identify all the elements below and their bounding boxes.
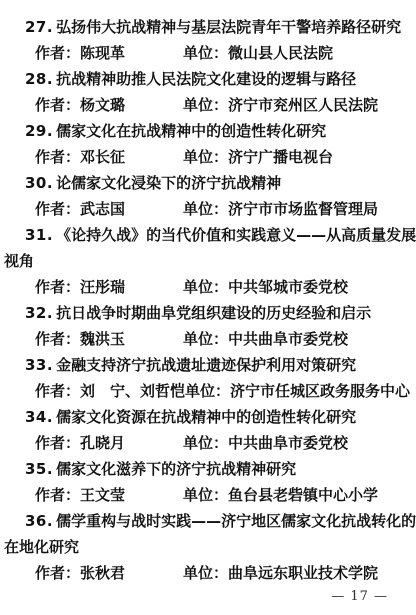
list-entry: 31.《论持久战》的当代价值和实践意义——从高质量发展 视角 作者：汪彤瑞 单位… <box>4 222 412 300</box>
entry-title-text: 儒学重构与战时实践——济宁地区儒家文化抗战转化的 <box>56 512 416 530</box>
entry-author-line: 作者：陈现革 单位：微山县人民法院 <box>4 40 412 66</box>
entry-author: 作者：陈现革 <box>35 40 183 66</box>
entry-title-text: 抗战精神助推人民法院文化建设的逻辑与路径 <box>56 70 356 88</box>
list-entry: 27.弘扬伟大抗战精神与基层法院青年干警培养路径研究 作者：陈现革 单位：微山县… <box>4 14 412 66</box>
document-page: 27.弘扬伟大抗战精神与基层法院青年干警培养路径研究 作者：陈现革 单位：微山县… <box>0 0 416 615</box>
unit-label: 单位： <box>183 278 228 296</box>
entry-number: 30. <box>25 174 53 192</box>
entry-title: 27.弘扬伟大抗战精神与基层法院青年干警培养路径研究 <box>4 14 412 40</box>
unit-name: 济宁市任城区政务服务中心 <box>230 382 410 400</box>
author-label: 作者： <box>35 434 80 452</box>
entry-unit: 单位：中共邹城市委党校 <box>183 274 348 300</box>
author-name: 刘 宁、刘哲恺 <box>80 382 185 400</box>
entry-number: 34. <box>25 408 53 426</box>
author-label: 作者： <box>35 96 80 114</box>
unit-name: 曲阜远东职业技术学院 <box>228 564 378 582</box>
list-entry: 33.金融支持济宁抗战遗址遗迹保护利用对策研究 作者：刘 宁、刘哲恺 单位：济宁… <box>4 352 412 404</box>
list-entry: 29.儒家文化在抗战精神中的创造性转化研究 作者：邓长征 单位：济宁广播电视台 <box>4 118 412 170</box>
entry-author: 作者：张秋君 <box>35 560 183 586</box>
author-name: 魏洪玉 <box>80 330 125 348</box>
entry-title: 34.儒家文化资源在抗战精神中的创造性转化研究 <box>4 404 412 430</box>
unit-name: 济宁市市场监督管理局 <box>228 200 378 218</box>
unit-label: 单位： <box>183 200 228 218</box>
entry-author-line: 作者：武志国 单位：济宁市市场监督管理局 <box>4 196 412 222</box>
unit-name: 微山县人民法院 <box>228 44 333 62</box>
list-entry: 36.儒学重构与战时实践——济宁地区儒家文化抗战转化的 在地化研究 作者：张秋君… <box>4 508 412 586</box>
unit-label: 单位： <box>185 382 230 400</box>
author-label: 作者： <box>35 44 80 62</box>
entry-author: 作者：武志国 <box>35 196 183 222</box>
unit-name: 中共邹城市委党校 <box>228 278 348 296</box>
author-name: 杨文璐 <box>80 96 125 114</box>
entry-author-line: 作者：刘 宁、刘哲恺 单位：济宁市任城区政务服务中心 <box>4 378 412 404</box>
entry-author: 作者：孔晓月 <box>35 430 183 456</box>
entry-list: 27.弘扬伟大抗战精神与基层法院青年干警培养路径研究 作者：陈现革 单位：微山县… <box>4 14 412 586</box>
entry-title-text: 金融支持济宁抗战遗址遗迹保护利用对策研究 <box>56 356 356 374</box>
author-label: 作者： <box>35 486 80 504</box>
entry-title-text: 儒家文化滋养下的济宁抗战精神研究 <box>56 460 296 478</box>
entry-title: 30.论儒家文化浸染下的济宁抗战精神 <box>4 170 412 196</box>
unit-label: 单位： <box>183 486 228 504</box>
entry-title-text: 儒家文化在抗战精神中的创造性转化研究 <box>56 122 326 140</box>
entry-author-line: 作者：王文莹 单位：鱼台县老砦镇中心小学 <box>4 482 412 508</box>
entry-number: 28. <box>25 70 53 88</box>
author-name: 张秋君 <box>80 564 125 582</box>
entry-unit: 单位：中共曲阜市委党校 <box>183 430 348 456</box>
entry-unit: 单位：微山县人民法院 <box>183 40 333 66</box>
entry-author-line: 作者：邓长征 单位：济宁广播电视台 <box>4 144 412 170</box>
author-label: 作者： <box>35 564 80 582</box>
author-name: 孔晓月 <box>80 434 125 452</box>
unit-label: 单位： <box>183 148 228 166</box>
list-entry: 30.论儒家文化浸染下的济宁抗战精神 作者：武志国 单位：济宁市市场监督管理局 <box>4 170 412 222</box>
entry-title: 36.儒学重构与战时实践——济宁地区儒家文化抗战转化的 <box>4 508 412 534</box>
entry-author-line: 作者：孔晓月 单位：中共曲阜市委党校 <box>4 430 412 456</box>
unit-name: 济宁广播电视台 <box>228 148 333 166</box>
entry-title: 32.抗日战争时期曲阜党组织建设的历史经验和启示 <box>4 300 412 326</box>
unit-name: 中共曲阜市委党校 <box>228 330 348 348</box>
entry-unit: 单位：鱼台县老砦镇中心小学 <box>183 482 378 508</box>
entry-unit: 单位：济宁市兖州区人民法院 <box>183 92 378 118</box>
list-entry: 28.抗战精神助推人民法院文化建设的逻辑与路径 作者：杨文璐 单位：济宁市兖州区… <box>4 66 412 118</box>
entry-title-continuation: 视角 <box>4 248 412 274</box>
entry-title: 35.儒家文化滋养下的济宁抗战精神研究 <box>4 456 412 482</box>
entry-number: 36. <box>25 512 53 530</box>
entry-author: 作者：王文莹 <box>35 482 183 508</box>
entry-title: 31.《论持久战》的当代价值和实践意义——从高质量发展 <box>4 222 412 248</box>
entry-author: 作者：刘 宁、刘哲恺 <box>35 378 185 404</box>
unit-name: 鱼台县老砦镇中心小学 <box>228 486 378 504</box>
entry-title-text: 《论持久战》的当代价值和实践意义——从高质量发展 <box>56 226 416 244</box>
entry-number: 29. <box>25 122 53 140</box>
unit-label: 单位： <box>183 96 228 114</box>
entry-unit: 单位：曲阜远东职业技术学院 <box>183 560 378 586</box>
entry-unit: 单位：中共曲阜市委党校 <box>183 326 348 352</box>
entry-title-text: 论儒家文化浸染下的济宁抗战精神 <box>56 174 281 192</box>
entry-author-line: 作者：魏洪玉 单位：中共曲阜市委党校 <box>4 326 412 352</box>
author-name: 武志国 <box>80 200 125 218</box>
unit-name: 济宁市兖州区人民法院 <box>228 96 378 114</box>
entry-title-text: 抗日战争时期曲阜党组织建设的历史经验和启示 <box>56 304 371 322</box>
entry-number: 31. <box>25 226 53 244</box>
unit-label: 单位： <box>183 434 228 452</box>
entry-author: 作者：汪彤瑞 <box>35 274 183 300</box>
entry-author: 作者：魏洪玉 <box>35 326 183 352</box>
list-entry: 32.抗日战争时期曲阜党组织建设的历史经验和启示 作者：魏洪玉 单位：中共曲阜市… <box>4 300 412 352</box>
list-entry: 35.儒家文化滋养下的济宁抗战精神研究 作者：王文莹 单位：鱼台县老砦镇中心小学 <box>4 456 412 508</box>
entry-title: 33.金融支持济宁抗战遗址遗迹保护利用对策研究 <box>4 352 412 378</box>
entry-author-line: 作者：杨文璐 单位：济宁市兖州区人民法院 <box>4 92 412 118</box>
entry-number: 35. <box>25 460 53 478</box>
author-name: 陈现革 <box>80 44 125 62</box>
entry-unit: 单位：济宁广播电视台 <box>183 144 333 170</box>
entry-number: 33. <box>25 356 53 374</box>
entry-title-continuation: 在地化研究 <box>4 534 412 560</box>
author-name: 邓长征 <box>80 148 125 166</box>
author-name: 汪彤瑞 <box>80 278 125 296</box>
entry-author: 作者：杨文璐 <box>35 92 183 118</box>
page-number: — 17 — <box>331 588 388 606</box>
unit-label: 单位： <box>183 330 228 348</box>
entry-unit: 单位：济宁市任城区政务服务中心 <box>185 378 410 404</box>
author-name: 王文莹 <box>80 486 125 504</box>
author-label: 作者： <box>35 382 80 400</box>
entry-author-line: 作者：汪彤瑞 单位：中共邹城市委党校 <box>4 274 412 300</box>
list-entry: 34.儒家文化资源在抗战精神中的创造性转化研究 作者：孔晓月 单位：中共曲阜市委… <box>4 404 412 456</box>
unit-label: 单位： <box>183 44 228 62</box>
entry-author: 作者：邓长征 <box>35 144 183 170</box>
entry-title-text: 儒家文化资源在抗战精神中的创造性转化研究 <box>56 408 356 426</box>
entry-number: 27. <box>25 18 53 36</box>
entry-title: 29.儒家文化在抗战精神中的创造性转化研究 <box>4 118 412 144</box>
entry-unit: 单位：济宁市市场监督管理局 <box>183 196 378 222</box>
entry-number: 32. <box>25 304 53 322</box>
author-label: 作者： <box>35 278 80 296</box>
author-label: 作者： <box>35 148 80 166</box>
unit-label: 单位： <box>183 564 228 582</box>
entry-author-line: 作者：张秋君 单位：曲阜远东职业技术学院 <box>4 560 412 586</box>
entry-title-text: 弘扬伟大抗战精神与基层法院青年干警培养路径研究 <box>56 18 401 36</box>
author-label: 作者： <box>35 330 80 348</box>
entry-title: 28.抗战精神助推人民法院文化建设的逻辑与路径 <box>4 66 412 92</box>
unit-name: 中共曲阜市委党校 <box>228 434 348 452</box>
author-label: 作者： <box>35 200 80 218</box>
